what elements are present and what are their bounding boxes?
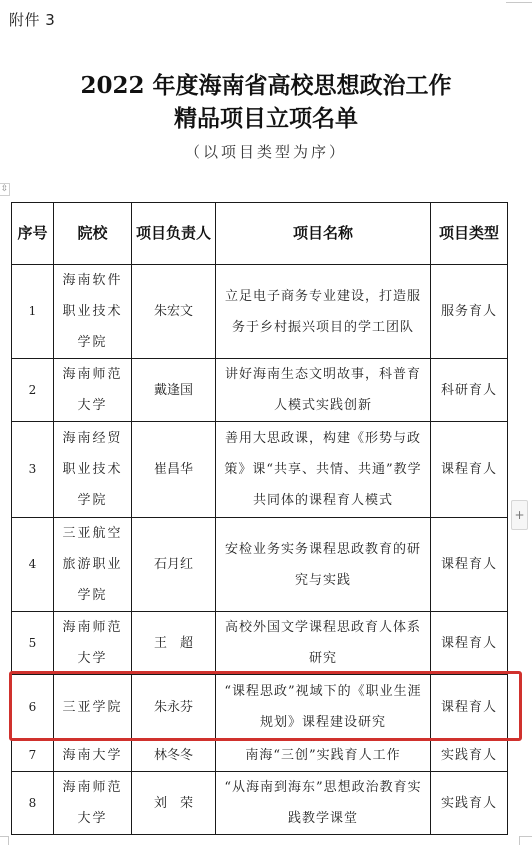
cell-project-type: 课程育人 [431,422,508,518]
table-row: 5 海南师范大学 王 超 高校外国文学课程思政育人体系研究 课程育人 [12,612,508,675]
cell-school: 海南软件职业技术学院 [54,265,132,359]
document-subtitle: （以项目类型为序） [0,141,532,162]
cell-school: 海南师范大学 [54,772,132,835]
cell-no: 6 [12,675,54,740]
cell-project-type: 课程育人 [431,675,508,740]
add-column-button[interactable]: + [511,500,528,530]
cell-project-name: 高校外国文学课程思政育人体系研究 [216,612,431,675]
header-no: 序号 [12,203,54,265]
cell-project-type: 实践育人 [431,740,508,772]
table-header-row: 序号 院校 项目负责人 项目名称 项目类型 [12,203,508,265]
table-row: 2 海南师范大学 戴逢国 讲好海南生态文明故事，科普育人模式实践创新 科研育人 [12,359,508,422]
table-row: 4 三亚航空旅游职业学院 石月红 安检业务实务课程思政教育的研究与实践 课程育人 [12,518,508,612]
cell-leader: 石月红 [132,518,216,612]
cell-no: 8 [12,772,54,835]
cell-school: 海南经贸职业技术学院 [54,422,132,518]
cell-leader: 戴逢国 [132,359,216,422]
cell-leader: 朱永芬 [132,675,216,740]
cell-leader: 王 超 [132,612,216,675]
attachment-label: 附件 3 [9,9,55,30]
cell-no: 1 [12,265,54,359]
cell-project-name: “课程思政”视域下的《职业生涯规划》课程建设研究 [216,675,431,740]
table-row: 8 海南师范大学 刘 荣 “从海南到海东”思想政治教育实践教学课堂 实践育人 [12,772,508,835]
page-corner-mark [519,836,532,845]
cell-project-name: 立足电子商务专业建设，打造服务于乡村振兴项目的学工团队 [216,265,431,359]
header-leader: 项目负责人 [132,203,216,265]
cell-school: 海南大学 [54,740,132,772]
cell-project-name: 南海“三创”实践育人工作 [216,740,431,772]
document-title-line2: 精品项目立项名单 [0,104,532,134]
cell-project-type: 课程育人 [431,518,508,612]
page-corner-mark [0,836,9,845]
cell-school: 海南师范大学 [54,612,132,675]
cell-leader: 朱宏文 [132,265,216,359]
header-project-type: 项目类型 [431,203,508,265]
cell-leader: 崔昌华 [132,422,216,518]
cell-no: 5 [12,612,54,675]
table-row: 3 海南经贸职业技术学院 崔昌华 善用大思政课，构建《形势与政策》课“共享、共情… [12,422,508,518]
cell-project-type: 科研育人 [431,359,508,422]
cell-school: 三亚学院 [54,675,132,740]
cell-no: 4 [12,518,54,612]
table-move-handle-icon[interactable]: ⇳ [0,183,10,196]
table-row: 7 海南大学 林冬冬 南海“三创”实践育人工作 实践育人 [12,740,508,772]
table-row-highlighted: 6 三亚学院 朱永芬 “课程思政”视域下的《职业生涯规划》课程建设研究 课程育人 [12,675,508,740]
cell-project-type: 服务育人 [431,265,508,359]
cell-project-name: 安检业务实务课程思政教育的研究与实践 [216,518,431,612]
header-project-name: 项目名称 [216,203,431,265]
cell-project-type: 实践育人 [431,772,508,835]
header-school: 院校 [54,203,132,265]
cell-no: 2 [12,359,54,422]
cell-school: 海南师范大学 [54,359,132,422]
cell-project-name: 讲好海南生态文明故事，科普育人模式实践创新 [216,359,431,422]
cell-project-name: “从海南到海东”思想政治教育实践教学课堂 [216,772,431,835]
page-corner-mark [506,2,532,17]
project-table: 序号 院校 项目负责人 项目名称 项目类型 1 海南软件职业技术学院 朱宏文 立… [11,202,508,835]
cell-leader: 林冬冬 [132,740,216,772]
cell-no: 3 [12,422,54,518]
cell-project-name: 善用大思政课，构建《形势与政策》课“共享、共情、共通”教学共同体的课程育人模式 [216,422,431,518]
cell-no: 7 [12,740,54,772]
cell-school: 三亚航空旅游职业学院 [54,518,132,612]
document-title-line1: 2022 年度海南省高校思想政治工作 [0,71,532,101]
cell-project-type: 课程育人 [431,612,508,675]
table-row: 1 海南软件职业技术学院 朱宏文 立足电子商务专业建设，打造服务于乡村振兴项目的… [12,265,508,359]
cell-leader: 刘 荣 [132,772,216,835]
